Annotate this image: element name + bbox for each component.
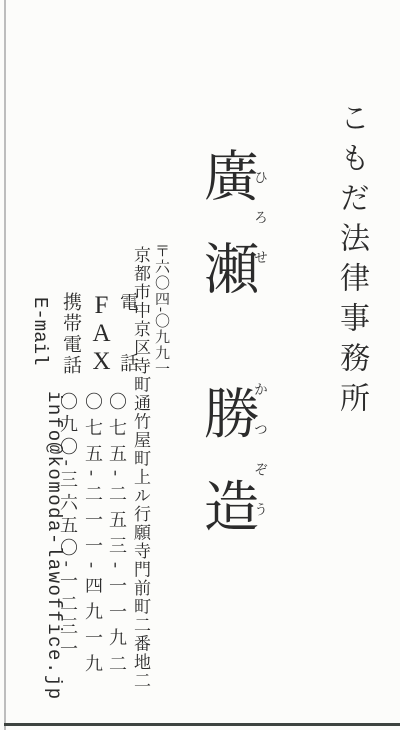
furigana-last-name: ひろせ bbox=[252, 170, 266, 290]
tel-number: 〇七五-二五三-一一九二 bbox=[108, 392, 126, 680]
fax-number: 〇七五-二一一-四九一九 bbox=[84, 392, 102, 680]
person-name: 廣瀬 勝造 bbox=[199, 147, 254, 571]
card-bottom-edge bbox=[4, 723, 400, 726]
email-address: info@komoda-lawoffice.jp bbox=[44, 391, 63, 701]
furigana-first-name: かつぞう bbox=[252, 382, 266, 542]
card-left-edge bbox=[4, 0, 6, 730]
fax-label: FAX bbox=[89, 292, 114, 376]
postal-code: 〒六〇四-〇九九一 bbox=[153, 243, 168, 377]
email-label: E-mail bbox=[30, 297, 49, 365]
business-card: こもだ法律事務所 廣瀬 勝造 ひろせ かつぞう 〒六〇四-〇九九一 京都市中京区… bbox=[0, 0, 400, 730]
mobile-label: 携帯電話 bbox=[61, 292, 80, 376]
office-name: こもだ法律事務所 bbox=[336, 102, 366, 422]
